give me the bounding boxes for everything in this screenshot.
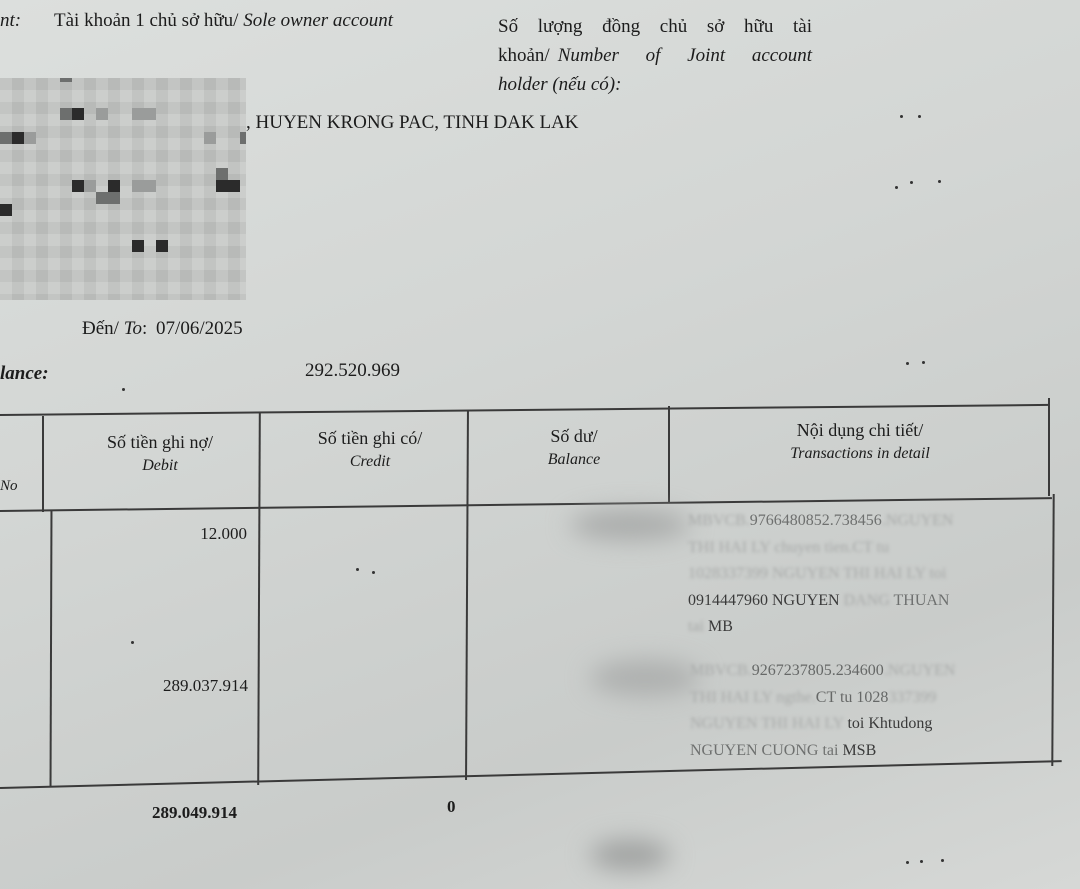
column-header-detail-en: Transactions in detail <box>700 442 1020 466</box>
row2-detail: MBVCB.9267237805.234600.NGUYEN THI HAI L… <box>690 658 955 764</box>
col-divider-5 <box>1048 398 1050 496</box>
speck <box>372 571 375 574</box>
col-divider-5b <box>1051 494 1054 766</box>
column-header-credit: Số tiền ghi có/ Credit <box>270 426 470 474</box>
redacted-address-block <box>0 78 246 300</box>
speck <box>918 115 921 118</box>
balance-redaction-1 <box>570 510 690 540</box>
column-header-balance-en: Balance <box>494 448 654 472</box>
address-text: , HUYEN KRONG PAC, TINH DAK LAK <box>246 112 579 134</box>
smudge-bottom <box>590 840 670 870</box>
column-header-detail-vi: Nội dụng chi tiết/ <box>700 418 1020 442</box>
row1-detail-line4: 0914447960 NGUYEN DANG THUAN <box>688 588 953 615</box>
column-header-no: No <box>0 478 18 495</box>
account-type-en: Sole owner account <box>243 10 393 31</box>
column-header-credit-en: Credit <box>270 450 470 474</box>
row1-detail-line2: THI HAI LY chuyen tien.CT tu <box>688 535 953 562</box>
account-type-label: nt: <box>0 10 21 32</box>
speck <box>938 180 941 183</box>
column-header-balance: Số dư/ Balance <box>494 424 654 472</box>
speck <box>922 361 925 364</box>
period-to-label-en: To <box>124 318 142 339</box>
speck <box>131 641 134 644</box>
table-bottom-border <box>0 760 1062 788</box>
account-type-value: Tài khoản 1 chủ sở hữu/ Sole owner accou… <box>54 10 393 32</box>
row2-detail-line1: MBVCB.9267237805.234600.NGUYEN <box>690 658 955 685</box>
row2-detail-line3: NGUYEN THI HAI LY toi Khtudong <box>690 711 955 738</box>
column-header-credit-vi: Số tiền ghi có/ <box>270 426 470 450</box>
row1-debit: 12.000 <box>100 524 247 544</box>
row1-detail-line5: tai MB <box>688 614 953 641</box>
period-to-label-vi: Đến/ <box>82 318 119 339</box>
column-header-debit: Số tiền ghi nợ/ Debit <box>60 430 260 478</box>
col-divider-1b <box>50 511 52 787</box>
speck <box>895 186 898 189</box>
column-header-debit-vi: Số tiền ghi nợ/ <box>60 430 260 454</box>
col-divider-1 <box>42 416 44 512</box>
column-header-detail: Nội dụng chi tiết/ Transactions in detai… <box>700 418 1020 466</box>
speck <box>920 860 923 863</box>
balance-value: 292.520.969 <box>305 360 400 382</box>
joint-holders-label: Số lượng đồng chủ sở hữu tài khoản/ Numb… <box>498 12 812 99</box>
row1-detail-line3: 1028337399 NGUYEN THI HAI LY toi <box>688 561 953 588</box>
joint-holders-en-line3: holder (nếu có): <box>498 70 812 99</box>
balance-redaction-2 <box>590 660 700 696</box>
speck <box>900 115 903 118</box>
period-to-date: 07/06/2025 <box>156 318 243 339</box>
row1-detail: MBVCB.9766480852.738456.NGUYEN THI HAI L… <box>688 508 953 641</box>
speck <box>356 568 359 571</box>
speck <box>906 362 909 365</box>
balance-label: lance: <box>0 363 49 385</box>
total-credit: 0 <box>447 797 456 817</box>
joint-holders-vi-line2: khoản/ <box>498 41 550 70</box>
row2-debit: 289.037.914 <box>100 676 248 696</box>
speck <box>941 859 944 862</box>
speck <box>906 861 909 864</box>
row2-detail-line2: THI HAI LY ngthe.CT tu 1028337399 <box>690 685 955 712</box>
joint-holders-line2: khoản/ Number of Joint account <box>498 41 812 70</box>
row2-detail-line4: NGUYEN CUONG tai MSB <box>690 738 955 765</box>
row1-detail-line1: MBVCB.9766480852.738456.NGUYEN <box>688 508 953 535</box>
col-divider-4 <box>668 406 670 502</box>
speck <box>122 388 125 391</box>
column-header-balance-vi: Số dư/ <box>494 424 654 448</box>
speck <box>910 181 913 184</box>
total-debit: 289.049.914 <box>152 803 237 823</box>
period-to: Đến/ To: 07/06/2025 <box>82 318 243 340</box>
joint-holders-vi-line1: Số lượng đồng chủ sở hữu tài <box>498 12 812 41</box>
table-top-border <box>0 404 1050 416</box>
account-type-vi: Tài khoản 1 chủ sở hữu/ <box>54 10 238 31</box>
period-to-colon: : <box>142 318 147 339</box>
joint-holders-en-line2: Number of Joint account <box>550 41 812 70</box>
column-header-debit-en: Debit <box>60 454 260 478</box>
